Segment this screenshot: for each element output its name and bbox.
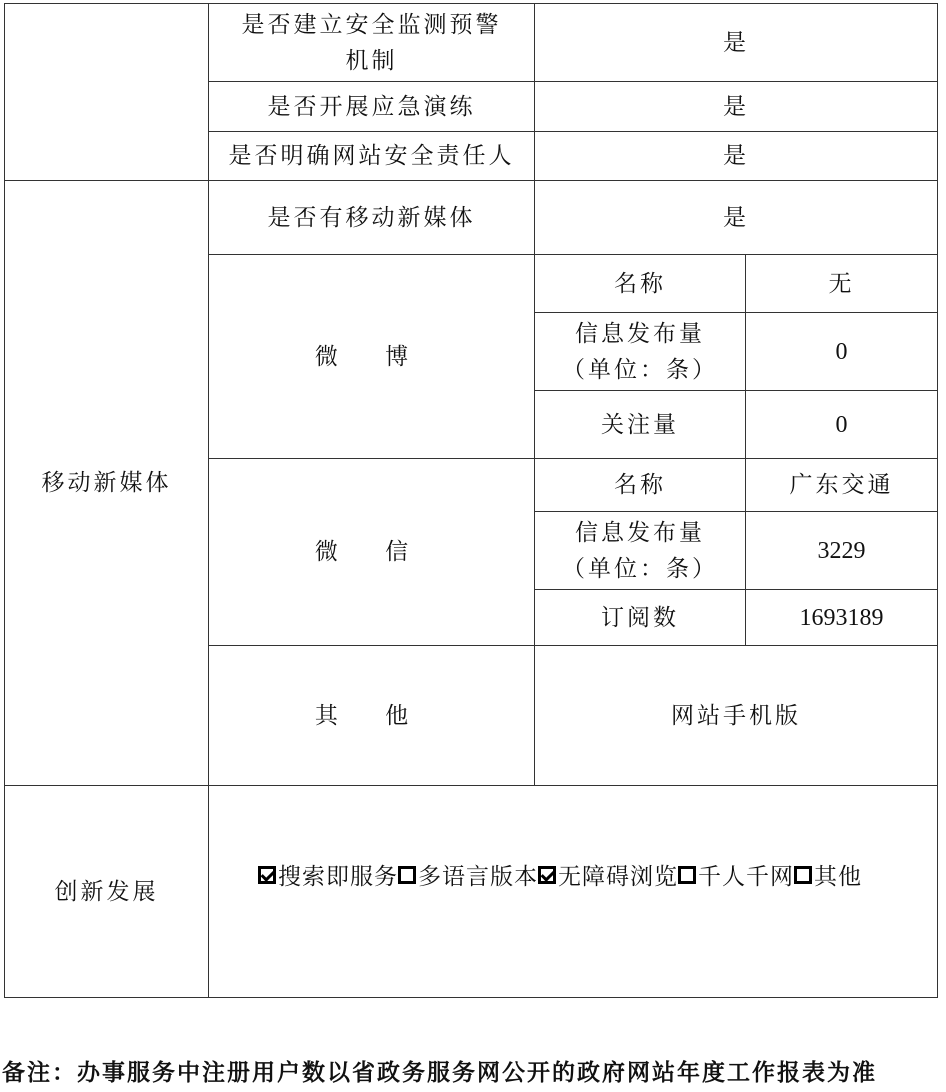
wechat-name-label: 名称 — [534, 458, 746, 512]
innovation-checklist: 搜索即服务 多语言版本 无障碍浏览 千人千网 其他 — [258, 858, 862, 891]
innovation-section-label: 创新发展 — [4, 785, 209, 998]
wechat-posts-label-line1: 信息发布量 — [575, 515, 705, 551]
wechat-name-value: 广东交通 — [745, 458, 938, 512]
mobile-media-section-label: 移动新媒体 — [4, 180, 209, 786]
checkbox-search-as-service[interactable] — [258, 866, 276, 884]
wechat-subscribers-value: 1693189 — [745, 589, 938, 646]
drill-value: 是 — [534, 81, 938, 132]
monitoring-label-line1: 是否建立安全监测预警 — [242, 7, 502, 43]
weibo-label: 微 博 — [208, 254, 535, 459]
option-search-as-service-label: 搜索即服务 — [278, 858, 398, 891]
checkbox-personalized[interactable] — [678, 866, 696, 884]
weibo-posts-value: 0 — [745, 312, 938, 391]
weibo-posts-label-line1: 信息发布量 — [575, 316, 705, 352]
weibo-name-label: 名称 — [534, 254, 746, 313]
wechat-posts-value: 3229 — [745, 511, 938, 590]
checkbox-accessibility[interactable] — [538, 866, 556, 884]
has-mobile-value: 是 — [534, 180, 938, 255]
weibo-name-value: 无 — [745, 254, 938, 313]
report-table: 是否建立安全监测预警 机制 是 是否开展应急演练 是 是否明确网站安全责任人 是… — [4, 3, 938, 998]
monitoring-label-line2: 机制 — [346, 43, 398, 79]
option-other-label: 其他 — [814, 858, 862, 891]
weibo-followers-label: 关注量 — [534, 390, 746, 459]
weibo-posts-label: 信息发布量 （单位：条） — [534, 312, 746, 391]
drill-label: 是否开展应急演练 — [208, 81, 535, 132]
checkbox-multilingual[interactable] — [398, 866, 416, 884]
wechat-posts-label-line2: （单位：条） — [562, 551, 718, 587]
wechat-posts-label: 信息发布量 （单位：条） — [534, 511, 746, 590]
weibo-followers-value: 0 — [745, 390, 938, 459]
weibo-posts-label-line2: （单位：条） — [562, 352, 718, 388]
wechat-subscribers-label: 订阅数 — [534, 589, 746, 646]
security-section-cell — [4, 3, 209, 181]
monitoring-label: 是否建立安全监测预警 机制 — [208, 3, 535, 82]
monitoring-value: 是 — [534, 3, 938, 82]
option-accessibility-label: 无障碍浏览 — [558, 858, 678, 891]
responsible-value: 是 — [534, 131, 938, 181]
responsible-label: 是否明确网站安全责任人 — [208, 131, 535, 181]
option-multilingual-label: 多语言版本 — [418, 858, 538, 891]
checkbox-other[interactable] — [794, 866, 812, 884]
option-personalized-label: 千人千网 — [698, 858, 794, 891]
footnote: 备注：办事服务中注册用户数以省政务服务网公开的政府网站年度工作报表为准 — [2, 1054, 877, 1087]
wechat-label: 微 信 — [208, 458, 535, 646]
innovation-options-cell — [208, 785, 938, 998]
has-mobile-label: 是否有移动新媒体 — [208, 180, 535, 255]
other-media-value: 网站手机版 — [534, 645, 938, 786]
other-media-label: 其 他 — [208, 645, 535, 786]
